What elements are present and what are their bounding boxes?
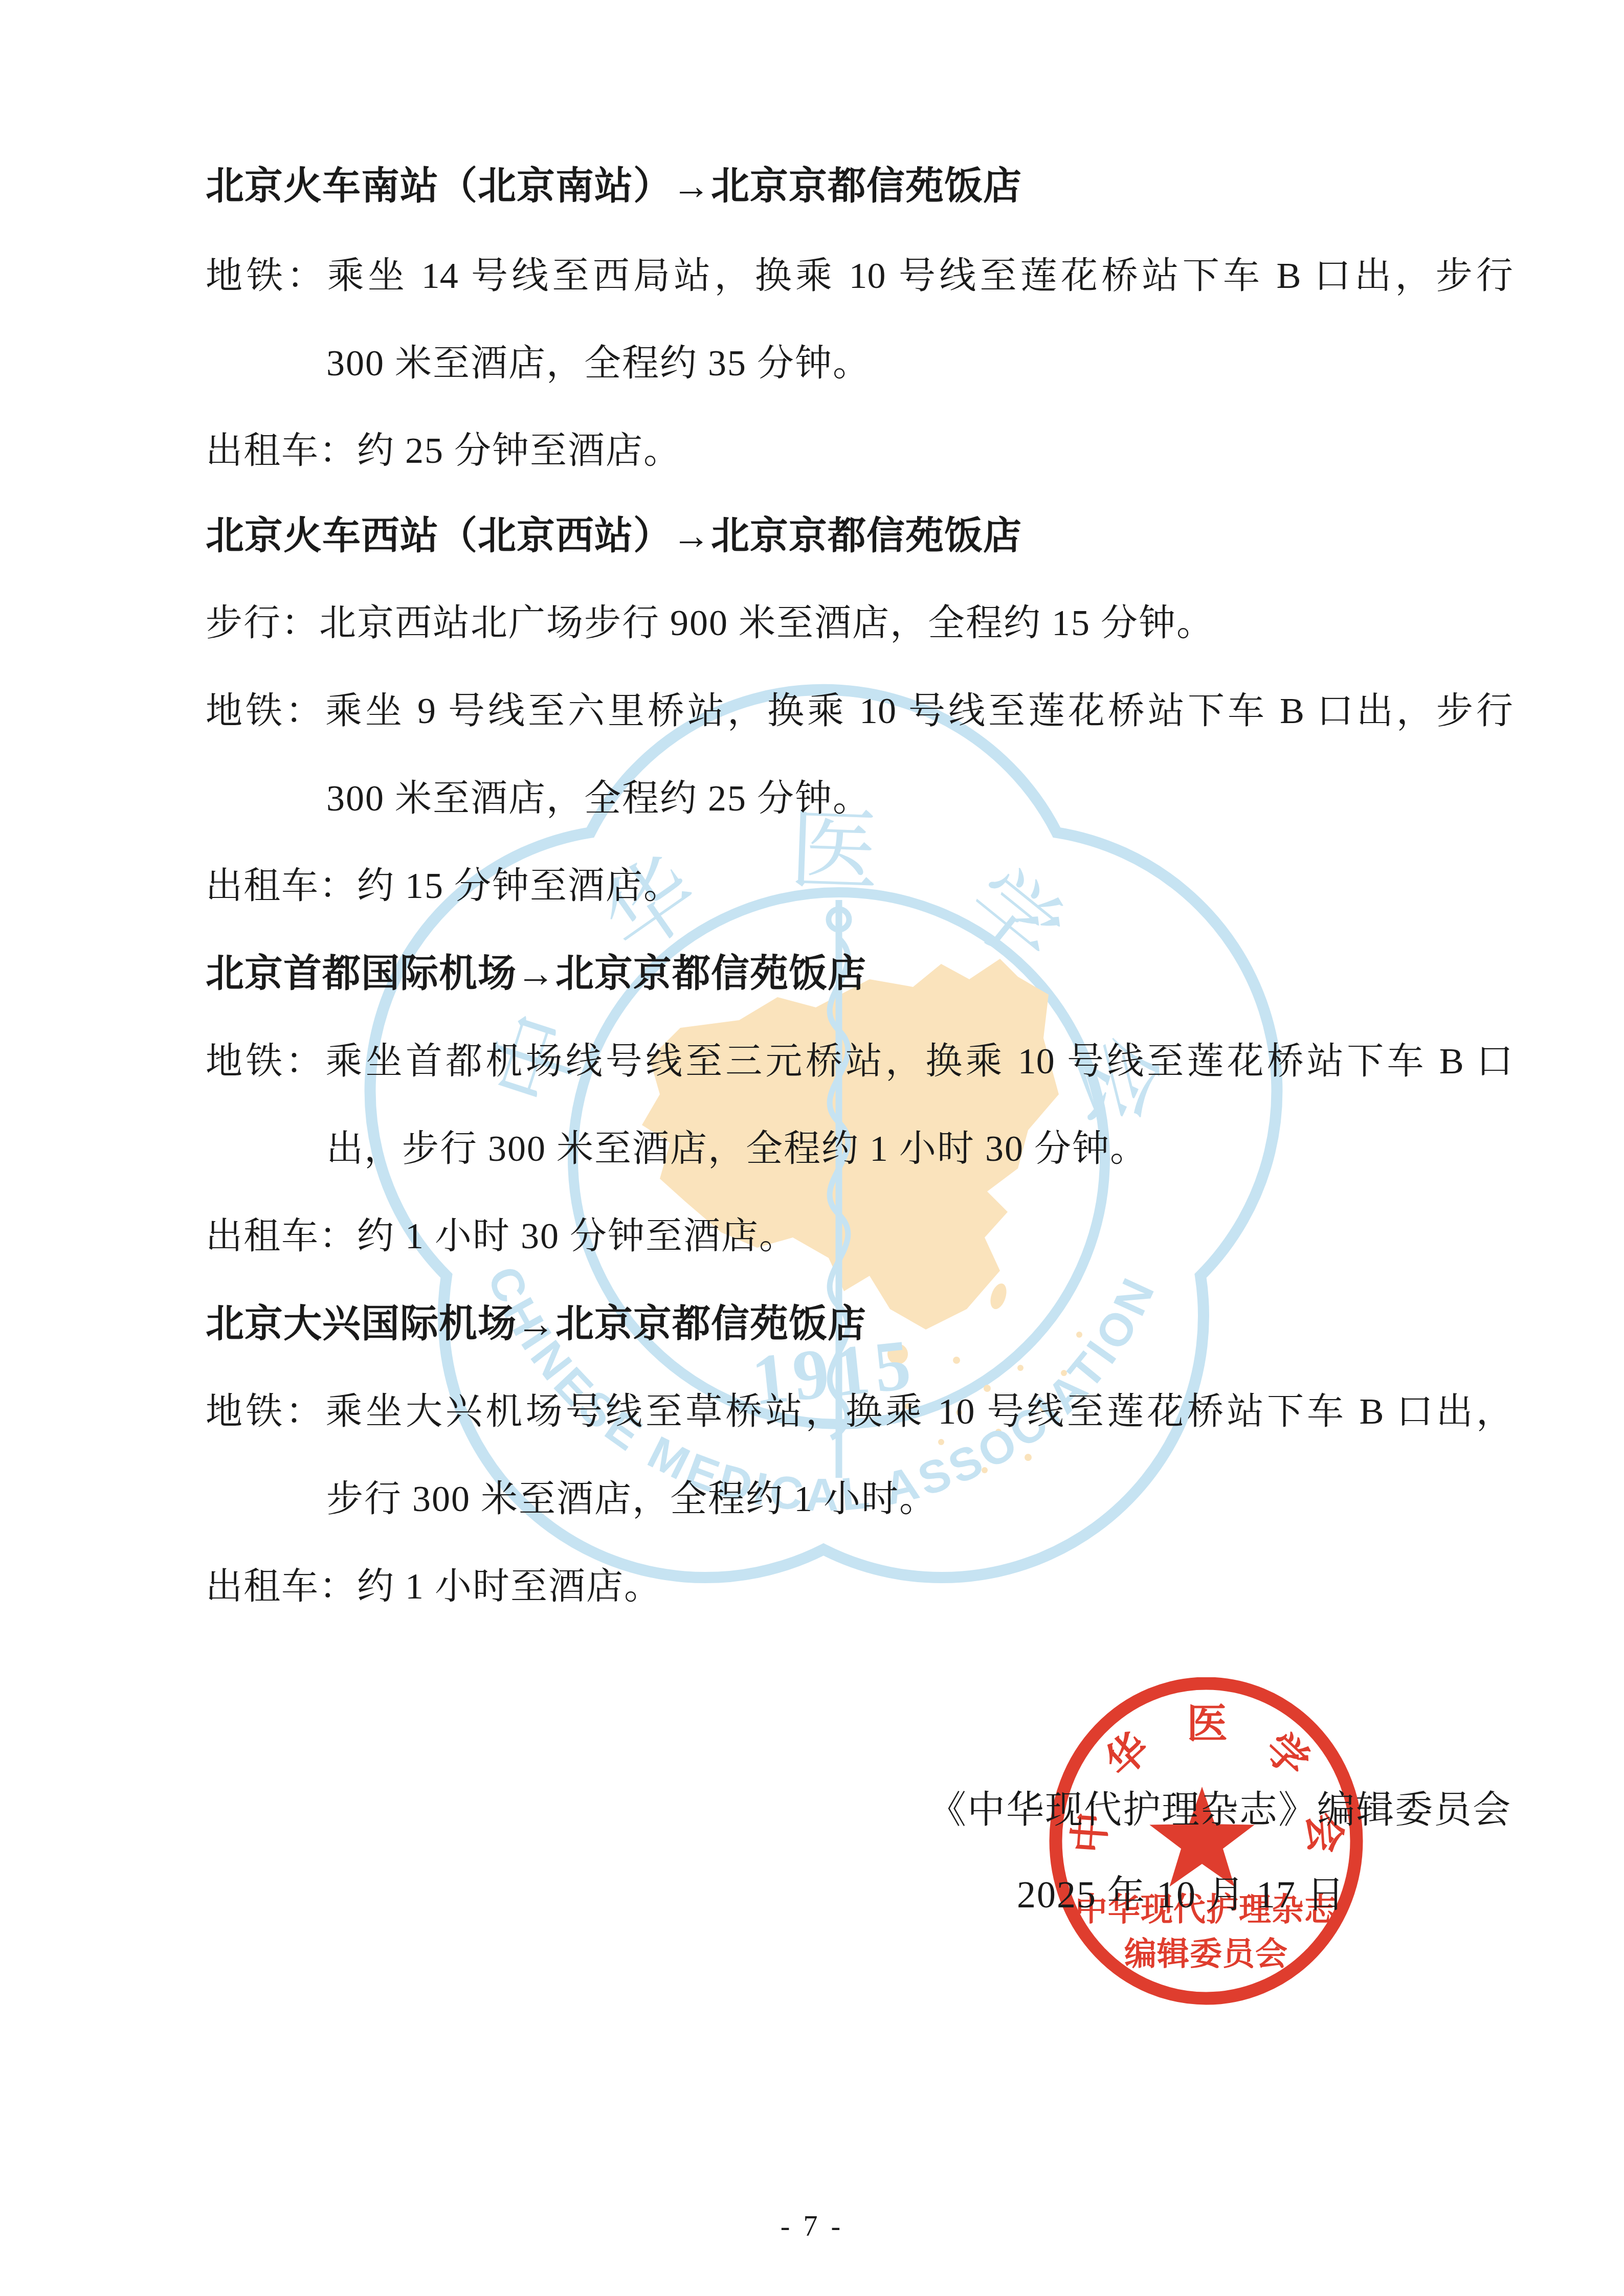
section2-walk-line: 步行：北京西站北广场步行 900 米至酒店，全程约 15 分钟。: [206, 602, 1214, 644]
section2-taxi-line: 出租车：约 15 分钟至酒店。: [206, 865, 681, 907]
section4-metro-line1: 地铁：乘坐大兴机场号线至草桥站，换乘 10 号线至莲花桥站下车 B 口出，: [206, 1390, 1513, 1433]
section3-metro-line1: 地铁：乘坐首都机场线号线至三元桥站，换乘 10 号线至莲花桥站下车 B 口: [206, 1040, 1513, 1083]
section4-metro-line2: 步行 300 米至酒店，全程约 1 小时。: [326, 1478, 937, 1520]
section1-metro-line2: 300 米至酒店，全程约 35 分钟。: [326, 342, 871, 385]
page-number: - 7 -: [0, 2210, 1624, 2243]
section1-heading: 北京火车南站（北京南站）→北京京都信苑饭店: [206, 165, 1022, 209]
section3-metro-line2: 出，步行 300 米至酒店，全程约 1 小时 30 分钟。: [326, 1128, 1148, 1170]
section4-heading: 北京大兴国际机场→北京京都信苑饭店: [206, 1302, 866, 1346]
signature-date: 2025 年 10 月 17 日: [1017, 1874, 1346, 1917]
section1-metro-line1: 地铁：乘坐 14 号线至西局站，换乘 10 号线至莲花桥站下车 B 口出，步行: [206, 255, 1513, 297]
document-page: 1915 中 华 医 学 会 CHINESE MEDICAL ASSOCIATI…: [0, 0, 1624, 2296]
section2-heading: 北京火车西站（北京西站）→北京京都信苑饭店: [206, 514, 1022, 558]
text-layer: 北京火车南站（北京南站）→北京京都信苑饭店 地铁：乘坐 14 号线至西局站，换乘…: [0, 0, 1624, 2296]
section2-metro-line1: 地铁：乘坐 9 号线至六里桥站，换乘 10 号线至莲花桥站下车 B 口出，步行: [206, 690, 1513, 732]
section3-heading: 北京首都国际机场→北京京都信苑饭店: [206, 952, 866, 996]
section4-taxi-line: 出租车：约 1 小时至酒店。: [206, 1565, 662, 1608]
signature-committee: 《中华现代护理杂志》编辑委员会: [928, 1789, 1511, 1832]
section3-taxi-line: 出租车：约 1 小时 30 分钟至酒店。: [206, 1215, 797, 1257]
section2-metro-line2: 300 米至酒店，全程约 25 分钟。: [326, 777, 871, 820]
section1-taxi-line: 出租车：约 25 分钟至酒店。: [206, 430, 681, 472]
